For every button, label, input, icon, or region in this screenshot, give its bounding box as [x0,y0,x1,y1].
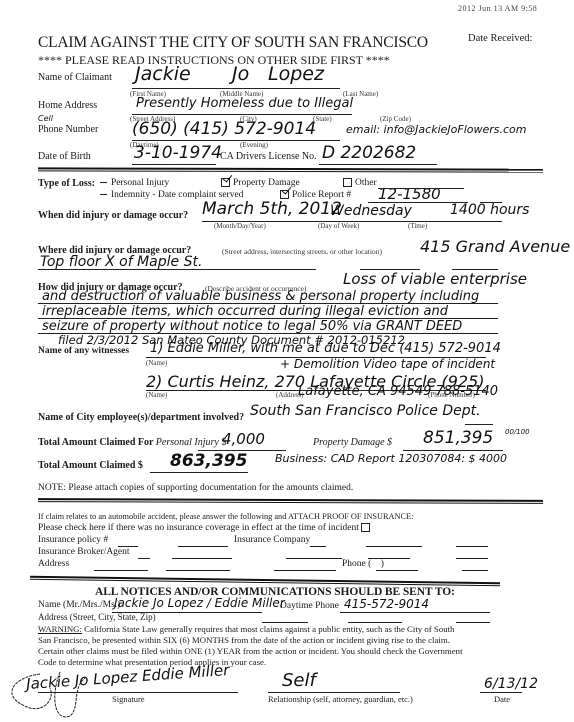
notice-name-label: Name (Mr./Mrs./Ms.) [38,600,120,610]
email-value[interactable]: email: info@JackieJoFlowers.com [346,123,527,136]
how-line-3[interactable]: irreplaceable items, which occurred duri… [42,304,448,319]
property-damage-cents: 00/100 [505,428,530,436]
loss-type-label: Type of Loss: [38,178,95,189]
phone-value[interactable]: (650) (415) 572-9014 [132,119,316,139]
witnesses-label: Name of any witnesses [38,346,129,356]
when-date-value[interactable]: March 5th, 2012 [202,199,342,219]
license-label: CA Drivers License No. [220,151,317,162]
how-line-2[interactable]: and destruction of valuable business & p… [42,289,479,304]
insurance-broker-label: Insurance Broker/Agent [38,547,130,557]
witness-name-caption-2: (Name) [146,391,167,399]
notice-name-value[interactable]: Jackie Jo Lopez / Eddie Miller [114,596,285,610]
when-time-value[interactable]: 1400 hours [450,202,529,218]
insurance-intro: If claim relates to an automobile accide… [38,512,413,521]
home-address-label: Home Address [38,100,97,111]
notice-phone-label: Daytime Phone [280,601,339,611]
checkbox-indemnity[interactable] [100,194,107,195]
insurance-policy-label: Insurance policy # [38,535,108,545]
witness-name-caption: (Name) [146,359,167,367]
warning-text-3: Certain other claims must be filed withi… [38,646,463,656]
loss-option-personal-injury[interactable]: Personal Injury [100,178,169,188]
checkbox-personal-injury[interactable] [100,182,107,183]
claimant-middle-name[interactable]: Jo [232,63,249,85]
claimant-name-label: Name of Claimant [38,72,112,83]
day-caption: (Day of Week) [318,222,359,230]
claimant-last-name[interactable]: Lopez [268,63,324,85]
insurance-address-label: Address [38,559,69,569]
documentation-note: NOTE: Please attach copies of supporting… [38,483,353,493]
phone-label: Phone Number [38,124,98,135]
phone-note: Cell [38,114,53,123]
property-damage-value[interactable]: 851,395 [423,428,493,448]
signature-flourish [0,668,110,722]
date-caption: (Month/Day/Year) [214,222,266,230]
witness-line-2[interactable]: + Demolition Video tape of incident [280,357,495,371]
when-label: When did injury or damage occur? [38,210,188,221]
date-signed-value[interactable]: 6/13/12 [484,676,538,692]
relationship-label: Relationship (self, attorney, guardian, … [268,694,413,704]
license-value[interactable]: D 2202682 [322,143,416,163]
notice-address-label: Address (Street, City, State, Zip) [38,612,156,622]
checkbox-police-report[interactable] [280,190,289,199]
claimant-first-name[interactable]: Jackie [135,63,191,85]
dob-value[interactable]: 3-10-1974 [134,143,222,163]
how-line-1[interactable]: Loss of viable enterprise [343,270,527,288]
insurance-company-label: Insurance Company [234,535,310,545]
zip-caption: (Zip Code) [380,115,411,123]
relationship-value[interactable]: Self [282,670,316,691]
warning-text-1: WARNING: California State Law generally … [38,624,454,634]
city-employee-label: Name of City employee(s)/department invo… [38,412,244,423]
where-value-line2[interactable]: Top floor X of Maple St. [40,254,202,270]
evening-caption: (Evening) [240,141,268,149]
received-stamp: 2012 Jun 13 AM 9:58 [458,4,537,13]
total-amount-value[interactable]: 863,395 [170,451,247,471]
notice-phone-value[interactable]: 415-572-9014 [344,597,429,611]
where-hint: (Street address, intersecting streets, o… [222,247,382,256]
where-value-line1[interactable]: 415 Grand Avenue [420,237,570,256]
personal-injury-amount-value[interactable]: 4,000 [222,430,265,448]
date-signed-label: Date [494,694,510,704]
when-day-value[interactable]: Wednesday [330,203,412,219]
warning-text-2: San Francisco, be presented within SIX (… [38,635,450,645]
date-received-label: Date Received: [468,33,532,44]
checkbox-property-damage[interactable] [221,178,230,187]
dob-label: Date of Birth [38,151,91,162]
business-note[interactable]: Business: CAD Report 120307084: $ 4000 [275,452,507,465]
signature-label: Signature [112,694,145,704]
no-insurance-row[interactable]: Please check here if there was no insura… [38,523,373,533]
no-insurance-checkbox[interactable] [361,523,370,532]
insurance-phone-label: Phone ( ) [342,559,384,569]
page-title: CLAIM AGAINST THE CITY OF SOUTH SAN FRAN… [38,34,428,52]
witness-line-4[interactable]: Lafayette, CA 94549 788-5140 [298,384,498,399]
checkbox-other[interactable] [343,178,352,187]
total-amount-label: Total Amount Claimed $ [38,460,143,471]
time-caption: (Time) [408,222,427,230]
loss-option-other[interactable]: Other [343,178,377,188]
personal-injury-amount-label: Total Amount Claimed For Personal Injury… [38,437,226,448]
how-line-4[interactable]: seizure of property without notice to le… [42,319,462,334]
home-address-value[interactable]: Presently Homeless due to Illegal [136,96,353,111]
city-employee-value[interactable]: South San Francisco Police Dept. [250,403,481,419]
property-damage-label: Property Damage $ [313,437,392,448]
page-subtitle: **** PLEASE READ INSTRUCTIONS ON OTHER S… [38,53,390,68]
witness-line-1[interactable]: 1) Eddie Miller, with me at due to Dec (… [150,341,501,356]
